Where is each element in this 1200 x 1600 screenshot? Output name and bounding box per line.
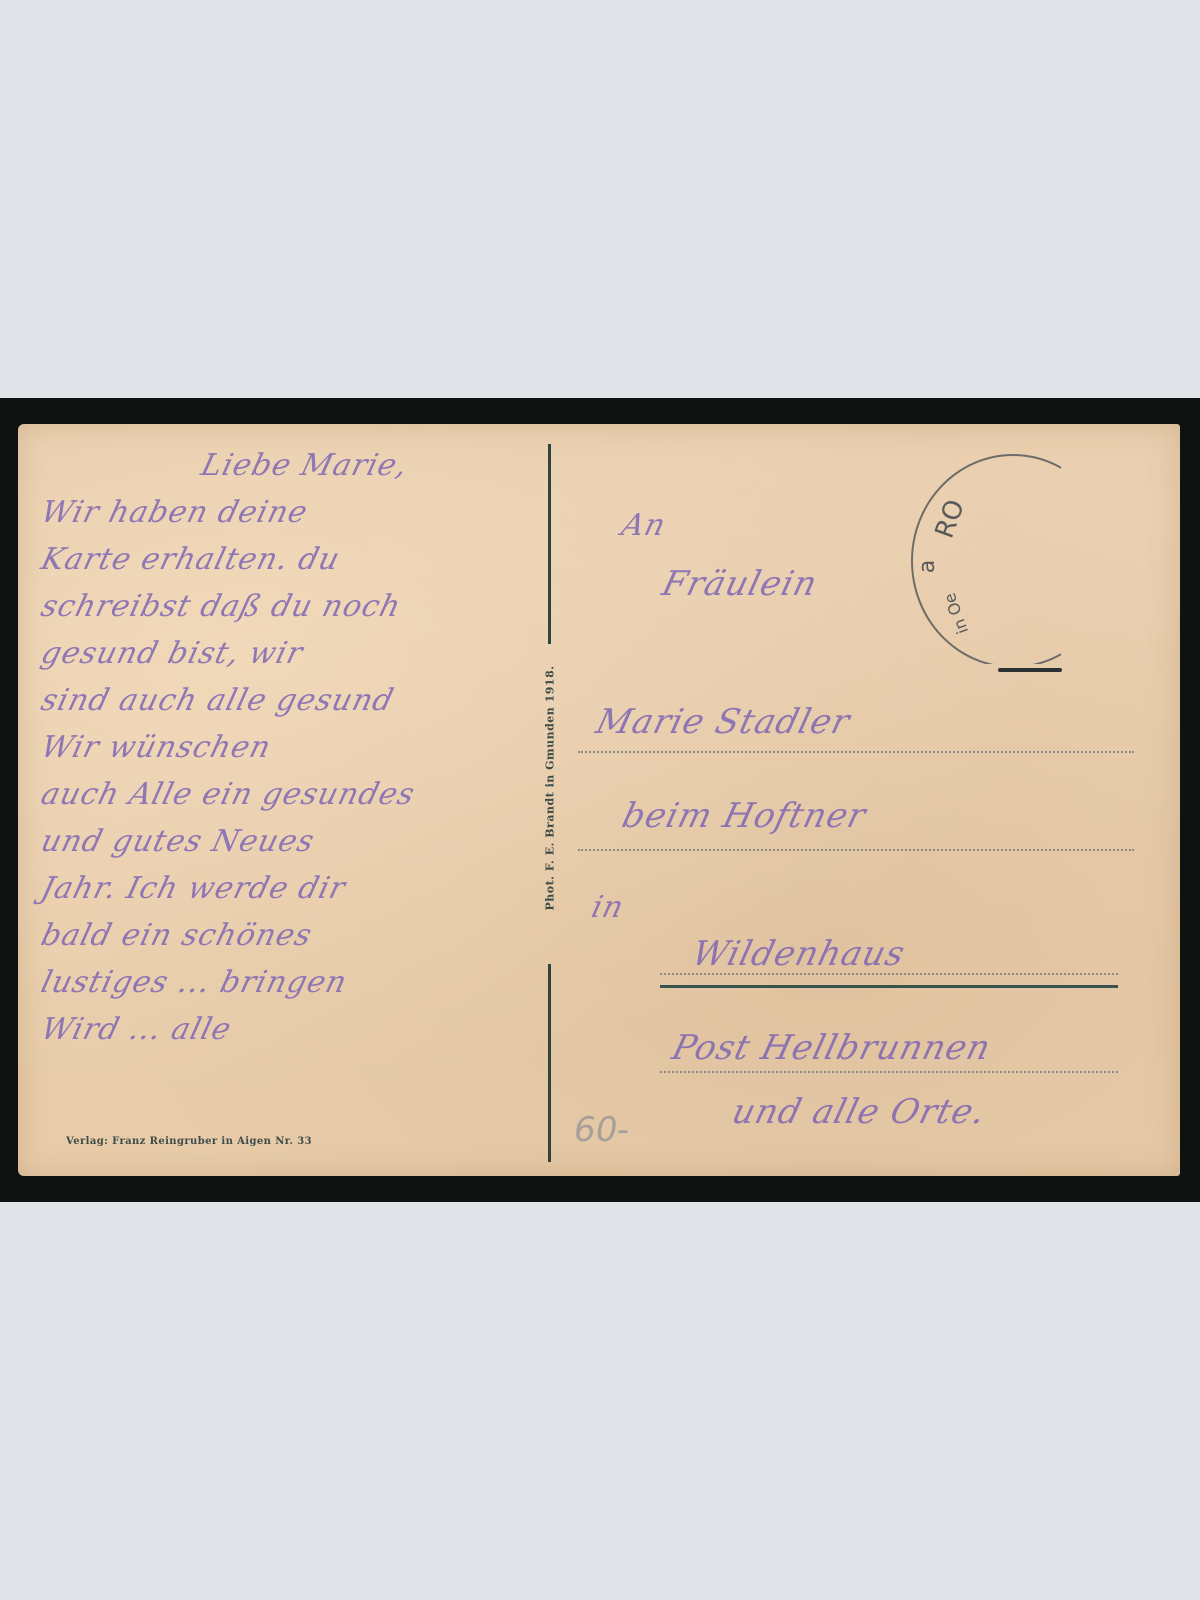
- address-rule: [660, 972, 1118, 975]
- message-line: und gutes Neues: [36, 818, 548, 865]
- message-line: bald ein schönes: [36, 912, 548, 959]
- address-line: und alle Orte.: [728, 1092, 990, 1132]
- message-line: sind auch alle gesund: [36, 677, 548, 724]
- address-rule: [660, 1070, 1118, 1073]
- message-line: Liebe Marie,: [36, 442, 548, 489]
- publisher-imprint: Verlag: Franz Reingruber in Aigen Nr. 33: [66, 1136, 312, 1147]
- message-line: gesund bist, wir: [36, 630, 548, 677]
- address-line: Marie Stadler: [592, 702, 854, 742]
- message-line: Jahr. Ich werde dir: [36, 865, 548, 912]
- address-rule-bold: [660, 984, 1118, 988]
- handwritten-message: Liebe Marie, Wir haben deine Karte erhal…: [36, 442, 536, 1053]
- address-line: Wildenhaus: [688, 934, 909, 974]
- address-rule: [578, 848, 1134, 851]
- message-line: Wird ... alle: [36, 1006, 548, 1053]
- center-divider-bottom: [548, 964, 551, 1162]
- postmark-middle-text: a: [915, 560, 940, 573]
- photo-credit: Phot. F. E. Brandt in Gmunden 1918.: [544, 691, 557, 911]
- postmark-dash: [998, 668, 1062, 672]
- address-line: An: [618, 508, 670, 543]
- address-rule: [578, 750, 1134, 753]
- message-line: Wir wünschen: [36, 724, 548, 771]
- message-line: Wir haben deine: [36, 489, 548, 536]
- message-line: Karte erhalten. du: [36, 536, 548, 583]
- message-line: schreibst daß du noch: [36, 583, 548, 630]
- postmark-stamp: RO a in Oe: [911, 454, 1061, 664]
- pencil-price-mark: 60-: [570, 1110, 633, 1150]
- center-divider-top: [548, 444, 551, 644]
- address-line: Post Hellbrunnen: [668, 1028, 995, 1068]
- address-line: in: [588, 890, 628, 925]
- message-line: lustiges ... bringen: [36, 959, 548, 1006]
- address-line: Fräulein: [658, 564, 822, 604]
- address-line: beim Hoftner: [618, 796, 870, 836]
- message-line: auch Alle ein gesundes: [36, 771, 548, 818]
- postcard: Liebe Marie, Wir haben deine Karte erhal…: [18, 424, 1180, 1176]
